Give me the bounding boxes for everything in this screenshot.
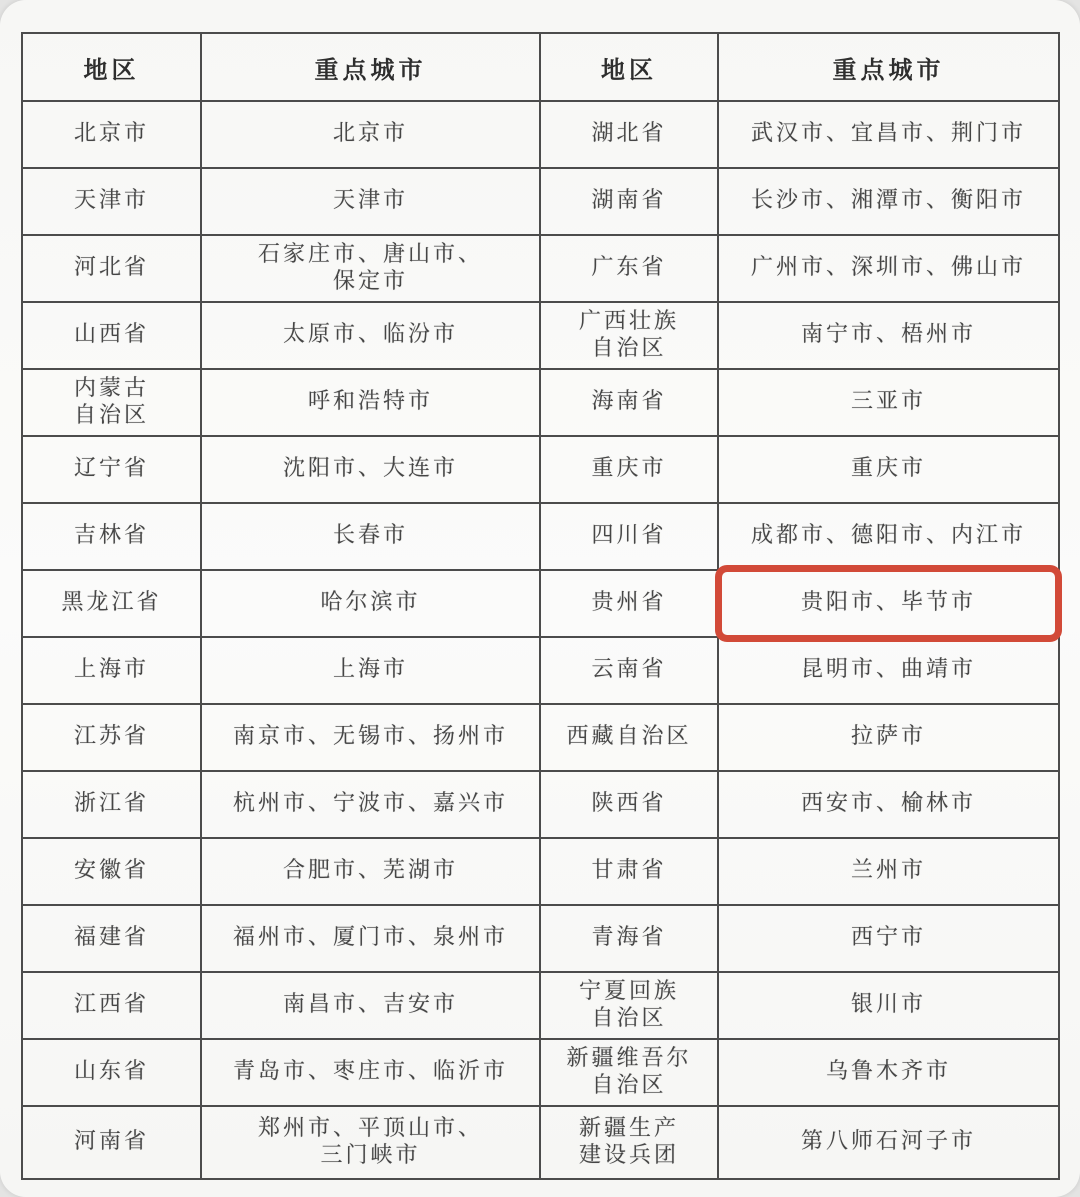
region-cell: 江西省 (22, 972, 201, 1039)
region-cell: 山西省 (22, 302, 201, 369)
cell-text: 甘肃省 (591, 858, 666, 885)
cities-cell: 三亚市 (718, 369, 1059, 436)
table-row: 安徽省合肥市、芜湖市甘肃省兰州市 (22, 838, 1059, 905)
region-cell: 内蒙古 自治区 (22, 369, 201, 436)
cell-text: 山西省 (74, 322, 149, 349)
region-cell: 山东省 (22, 1039, 201, 1106)
cell-text: 乌鲁木齐市 (826, 1059, 951, 1086)
region-cell: 陕西省 (540, 771, 718, 838)
region-cell: 浙江省 (22, 771, 201, 838)
region-cell: 新疆生产 建设兵团 (540, 1106, 718, 1179)
region-cities-table: 地区重点城市地区重点城市 北京市北京市湖北省武汉市、宜昌市、荆门市天津市天津市湖… (21, 32, 1060, 1180)
table-row: 北京市北京市湖北省武汉市、宜昌市、荆门市 (22, 101, 1059, 168)
cell-text: 郑州市、平顶山市、 三门峡市 (258, 1116, 483, 1170)
cell-text: 杭州市、宁波市、嘉兴市 (233, 791, 508, 818)
cities-cell: 第八师石河子市 (718, 1106, 1059, 1179)
cell-text: 天津市 (333, 188, 408, 215)
cell-text: 兰州市 (851, 858, 926, 885)
cities-cell: 武汉市、宜昌市、荆门市 (718, 101, 1059, 168)
table-row: 吉林省长春市四川省成都市、德阳市、内江市 (22, 503, 1059, 570)
table-row: 河南省郑州市、平顶山市、 三门峡市新疆生产 建设兵团第八师石河子市 (22, 1106, 1059, 1179)
cities-cell: 沈阳市、大连市 (201, 436, 540, 503)
cell-text: 青岛市、枣庄市、临沂市 (233, 1059, 508, 1086)
cell-text: 广州市、深圳市、佛山市 (751, 255, 1026, 282)
cities-cell: 南宁市、梧州市 (718, 302, 1059, 369)
table-row: 黑龙江省哈尔滨市贵州省贵阳市、毕节市 (22, 570, 1059, 637)
cell-text: 河南省 (74, 1129, 149, 1156)
region-cell: 新疆维吾尔 自治区 (540, 1039, 718, 1106)
cell-text: 长春市 (333, 523, 408, 550)
cell-text: 武汉市、宜昌市、荆门市 (751, 121, 1026, 148)
cities-cell: 贵阳市、毕节市 (718, 570, 1059, 637)
cell-text: 湖北省 (591, 121, 666, 148)
cities-cell: 西安市、榆林市 (718, 771, 1059, 838)
table-row: 江西省南昌市、吉安市宁夏回族 自治区银川市 (22, 972, 1059, 1039)
cell-text: 第八师石河子市 (801, 1129, 976, 1156)
cell-text: 南京市、无锡市、扬州市 (233, 724, 508, 751)
cell-text: 湖南省 (591, 188, 666, 215)
region-cell: 重庆市 (540, 436, 718, 503)
cities-cell: 银川市 (718, 972, 1059, 1039)
region-cell: 天津市 (22, 168, 201, 235)
cell-text: 黑龙江省 (61, 590, 161, 617)
cell-text: 青海省 (591, 925, 666, 952)
cities-cell: 郑州市、平顶山市、 三门峡市 (201, 1106, 540, 1179)
cell-text: 太原市、临汾市 (283, 322, 458, 349)
region-cell: 西藏自治区 (540, 704, 718, 771)
region-cell: 江苏省 (22, 704, 201, 771)
cell-text: 哈尔滨市 (320, 590, 420, 617)
cell-text: 长沙市、湘潭市、衡阳市 (751, 188, 1026, 215)
cell-text: 重庆市 (851, 456, 926, 483)
cities-cell: 广州市、深圳市、佛山市 (718, 235, 1059, 302)
region-cell: 宁夏回族 自治区 (540, 972, 718, 1039)
cities-cell: 北京市 (201, 101, 540, 168)
cities-cell: 南京市、无锡市、扬州市 (201, 704, 540, 771)
cell-text: 上海市 (74, 657, 149, 684)
region-cell: 北京市 (22, 101, 201, 168)
table-row: 江苏省南京市、无锡市、扬州市西藏自治区拉萨市 (22, 704, 1059, 771)
header-cell-key-cities-3: 重点城市 (718, 33, 1059, 101)
cell-text: 广东省 (591, 255, 666, 282)
table-row: 山东省青岛市、枣庄市、临沂市新疆维吾尔 自治区乌鲁木齐市 (22, 1039, 1059, 1106)
table-row: 内蒙古 自治区呼和浩特市海南省三亚市 (22, 369, 1059, 436)
cell-text: 昆明市、曲靖市 (801, 657, 976, 684)
cities-cell: 福州市、厦门市、泉州市 (201, 905, 540, 972)
cell-text: 银川市 (851, 992, 926, 1019)
cities-cell: 天津市 (201, 168, 540, 235)
cell-text: 天津市 (74, 188, 149, 215)
table-row: 福建省福州市、厦门市、泉州市青海省西宁市 (22, 905, 1059, 972)
cell-text: 成都市、德阳市、内江市 (751, 523, 1026, 550)
cities-cell: 西宁市 (718, 905, 1059, 972)
cell-text: 三亚市 (851, 389, 926, 416)
header-cell-region-2: 地区 (540, 33, 718, 101)
cities-cell: 上海市 (201, 637, 540, 704)
cities-cell: 太原市、临汾市 (201, 302, 540, 369)
cell-text: 新疆维吾尔 自治区 (566, 1046, 691, 1100)
header-cell-region-0: 地区 (22, 33, 201, 101)
cell-text: 四川省 (591, 523, 666, 550)
cell-text: 浙江省 (74, 791, 149, 818)
cities-cell: 昆明市、曲靖市 (718, 637, 1059, 704)
region-cell: 辽宁省 (22, 436, 201, 503)
cell-text: 北京市 (74, 121, 149, 148)
cell-text: 河北省 (74, 255, 149, 282)
region-cell: 广东省 (540, 235, 718, 302)
region-cell: 湖南省 (540, 168, 718, 235)
cities-cell: 杭州市、宁波市、嘉兴市 (201, 771, 540, 838)
region-cell: 甘肃省 (540, 838, 718, 905)
cell-text: 江苏省 (74, 724, 149, 751)
cities-cell: 乌鲁木齐市 (718, 1039, 1059, 1106)
cell-text: 云南省 (591, 657, 666, 684)
cell-text: 合肥市、芜湖市 (283, 858, 458, 885)
cell-text: 山东省 (74, 1059, 149, 1086)
cities-cell: 合肥市、芜湖市 (201, 838, 540, 905)
cities-cell: 哈尔滨市 (201, 570, 540, 637)
region-cell: 黑龙江省 (22, 570, 201, 637)
cell-text: 呼和浩特市 (308, 389, 433, 416)
region-cell: 河南省 (22, 1106, 201, 1179)
region-cell: 四川省 (540, 503, 718, 570)
table-row: 天津市天津市湖南省长沙市、湘潭市、衡阳市 (22, 168, 1059, 235)
cities-cell: 青岛市、枣庄市、临沂市 (201, 1039, 540, 1106)
cell-text: 北京市 (333, 121, 408, 148)
cell-text: 贵州省 (591, 590, 666, 617)
cities-cell: 兰州市 (718, 838, 1059, 905)
region-cell: 青海省 (540, 905, 718, 972)
table-row: 辽宁省沈阳市、大连市重庆市重庆市 (22, 436, 1059, 503)
region-cell: 贵州省 (540, 570, 718, 637)
cell-text: 内蒙古 自治区 (74, 376, 149, 430)
cell-text: 广西壮族 自治区 (579, 309, 679, 363)
cell-text: 石家庄市、唐山市、 保定市 (258, 242, 483, 296)
cell-text: 贵阳市、毕节市 (801, 590, 976, 617)
region-cell: 福建省 (22, 905, 201, 972)
cities-cell: 成都市、德阳市、内江市 (718, 503, 1059, 570)
cell-text: 宁夏回族 自治区 (579, 979, 679, 1033)
region-cell: 广西壮族 自治区 (540, 302, 718, 369)
table-row: 浙江省杭州市、宁波市、嘉兴市陕西省西安市、榆林市 (22, 771, 1059, 838)
cell-text: 陕西省 (591, 791, 666, 818)
document-card: 地区重点城市地区重点城市 北京市北京市湖北省武汉市、宜昌市、荆门市天津市天津市湖… (0, 0, 1080, 1197)
region-cell: 安徽省 (22, 838, 201, 905)
cell-text: 安徽省 (74, 858, 149, 885)
region-cell: 河北省 (22, 235, 201, 302)
table-body: 北京市北京市湖北省武汉市、宜昌市、荆门市天津市天津市湖南省长沙市、湘潭市、衡阳市… (22, 101, 1059, 1179)
cell-text: 上海市 (333, 657, 408, 684)
cell-text: 南昌市、吉安市 (283, 992, 458, 1019)
header-cell-key-cities-1: 重点城市 (201, 33, 540, 101)
table-row: 河北省石家庄市、唐山市、 保定市广东省广州市、深圳市、佛山市 (22, 235, 1059, 302)
cities-cell: 长沙市、湘潭市、衡阳市 (718, 168, 1059, 235)
cell-text: 新疆生产 建设兵团 (579, 1116, 679, 1170)
cities-cell: 石家庄市、唐山市、 保定市 (201, 235, 540, 302)
cell-text: 西宁市 (851, 925, 926, 952)
cell-text: 西安市、榆林市 (801, 791, 976, 818)
cities-cell: 南昌市、吉安市 (201, 972, 540, 1039)
cities-cell: 重庆市 (718, 436, 1059, 503)
cell-text: 辽宁省 (74, 456, 149, 483)
region-cell: 吉林省 (22, 503, 201, 570)
table-row: 上海市上海市云南省昆明市、曲靖市 (22, 637, 1059, 704)
region-cell: 云南省 (540, 637, 718, 704)
region-cell: 海南省 (540, 369, 718, 436)
cell-text: 海南省 (591, 389, 666, 416)
cities-cell: 长春市 (201, 503, 540, 570)
cell-text: 西藏自治区 (566, 724, 691, 751)
cell-text: 重庆市 (591, 456, 666, 483)
cities-cell: 呼和浩特市 (201, 369, 540, 436)
region-cell: 湖北省 (540, 101, 718, 168)
cell-text: 福州市、厦门市、泉州市 (233, 925, 508, 952)
table-header-row: 地区重点城市地区重点城市 (22, 33, 1059, 101)
cell-text: 拉萨市 (851, 724, 926, 751)
cell-text: 吉林省 (74, 523, 149, 550)
cities-cell: 拉萨市 (718, 704, 1059, 771)
cell-text: 南宁市、梧州市 (801, 322, 976, 349)
cell-text: 沈阳市、大连市 (283, 456, 458, 483)
cell-text: 福建省 (74, 925, 149, 952)
cell-text: 江西省 (74, 992, 149, 1019)
region-cell: 上海市 (22, 637, 201, 704)
table-row: 山西省太原市、临汾市广西壮族 自治区南宁市、梧州市 (22, 302, 1059, 369)
